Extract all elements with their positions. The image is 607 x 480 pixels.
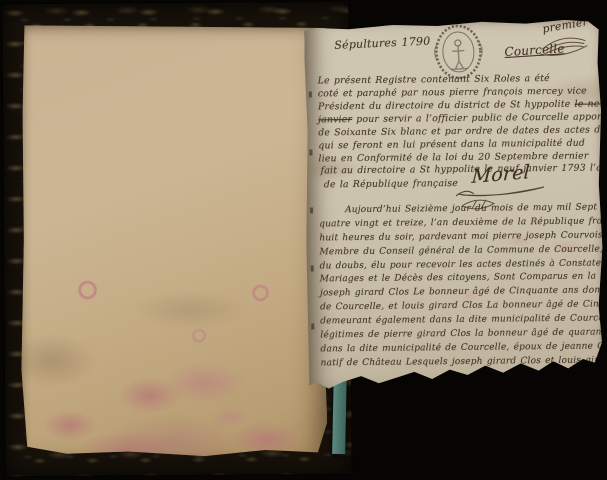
right-manuscript-page: Sépultures 1790 Courcelle premier Le pré… [304, 18, 604, 389]
struck-text: le neuf [575, 98, 607, 109]
binding-stitches [309, 91, 315, 341]
scanned-register-spread: Sépultures 1790 Courcelle premier Le pré… [0, 0, 607, 480]
paraph-flourish-icon [540, 33, 588, 58]
left-blank-page [21, 25, 329, 456]
act-paragraph: Aujourd’hui Seizième jour du mois de may… [319, 201, 603, 371]
dated-at-line: fait au directoire a St hyppolite le neu… [321, 162, 607, 176]
mold-stains [21, 25, 329, 456]
struck-text: janvier [318, 114, 352, 125]
text-line: natif de Château Lesquels joseph girard … [321, 354, 603, 371]
year-label: Sépultures 1790 [334, 35, 431, 52]
signature-morel: Morel [471, 161, 530, 188]
registration-note: Le présent Registre contenant Six Roles … [318, 71, 599, 165]
republic-line: de la République française [324, 178, 458, 190]
